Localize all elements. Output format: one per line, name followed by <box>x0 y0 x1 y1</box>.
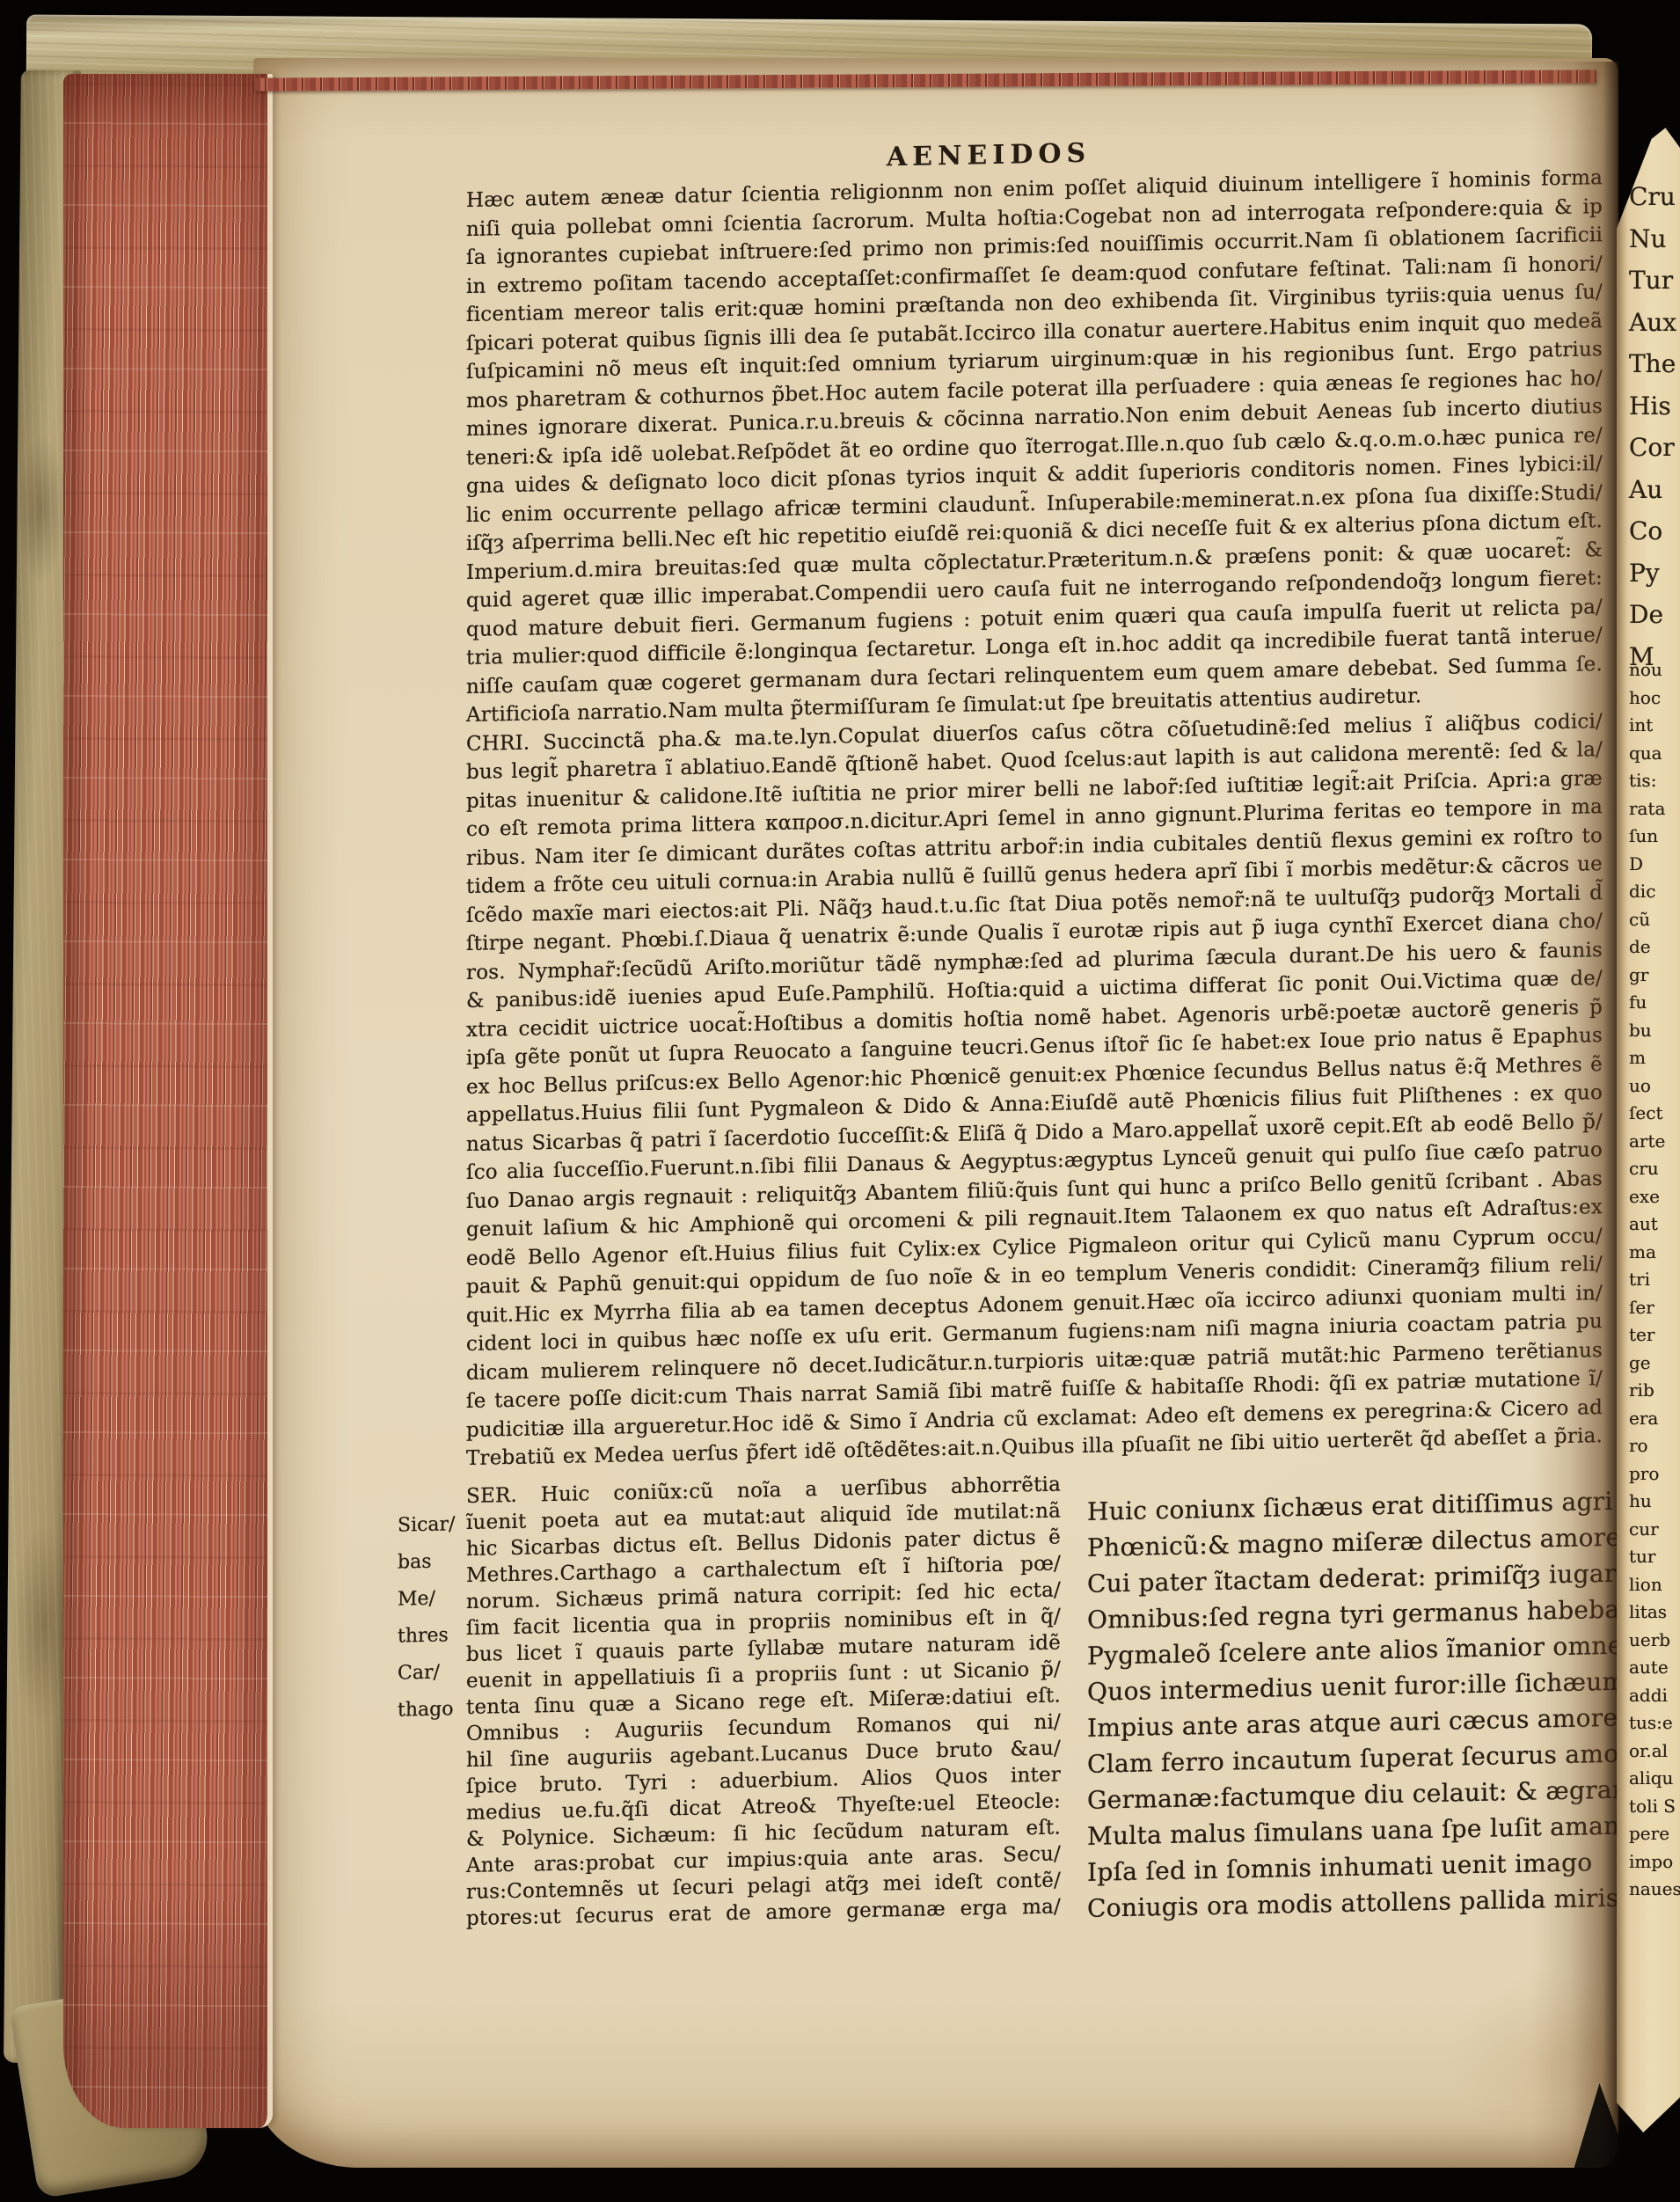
edge-fragment: tis: <box>1629 767 1680 795</box>
edge-fragment: pere <box>1629 1820 1680 1848</box>
next-page-edge: CruNuTurAuxTheHisCorAuCoPyDeM nouhocintq… <box>1617 113 1680 2145</box>
edge-fragment: The <box>1629 343 1676 385</box>
edge-fragment: tur <box>1629 1543 1680 1571</box>
edge-fragment: ma <box>1629 1239 1680 1267</box>
commentary-full-width: Hæc autem æneæ datur ſcientia religionnm… <box>466 164 1603 1473</box>
aeneid-verse-column: Huic coniunx ſichæus erat ditiſſimus agr… <box>1087 1483 1604 1927</box>
edge-fragment: hu <box>1629 1488 1680 1516</box>
edge-fragment: qua <box>1629 740 1680 768</box>
edge-fragment: impo <box>1629 1848 1680 1876</box>
edge-fragment: De <box>1629 594 1676 636</box>
edge-fragment: Tur <box>1629 260 1676 302</box>
edge-fragment: D <box>1629 851 1680 879</box>
edge-fragment: litas <box>1629 1598 1680 1627</box>
edge-fragment: aliqu <box>1629 1765 1680 1793</box>
edge-fragment: aut <box>1629 1211 1680 1239</box>
two-column-section: Sicar/basMe/thresCar/thago SER. Huic con… <box>466 1460 1603 1994</box>
edge-fragment: addi <box>1629 1682 1680 1710</box>
page-text-block: AENEIDOS Hæc autem æneæ datur ſcientia r… <box>466 125 1603 1993</box>
edge-fragment: ſect <box>1629 1100 1680 1128</box>
edge-fragment: ge <box>1629 1350 1680 1378</box>
edge-fragment: toli S <box>1629 1793 1680 1821</box>
edge-fragment: Nu <box>1629 218 1676 260</box>
margin-note: thago <box>398 1691 463 1729</box>
edge-fragment: Cru <box>1629 176 1676 218</box>
commentary-left-column: SER. Huic coniũx:cũ noĩa a uerſibus abho… <box>466 1471 1061 1932</box>
next-page-edge-fragments: nouhocintquatis:rataſunDdiccũdegrfubumuo… <box>1629 656 1680 1904</box>
next-page-edge-fragments-top: CruNuTurAuxTheHisCorAuCoPyDeM <box>1629 176 1676 677</box>
margin-note: Sicar/ <box>398 1506 463 1544</box>
edge-fragment: nou <box>1629 656 1680 684</box>
edge-fragment: exe <box>1629 1183 1680 1211</box>
edge-fragment: m <box>1629 1044 1680 1072</box>
edge-fragment: uo <box>1629 1072 1680 1101</box>
edge-fragment: int <box>1629 712 1680 740</box>
margin-note: Car/ <box>398 1654 463 1692</box>
edge-fragment: de <box>1629 933 1680 962</box>
edge-fragment: gr <box>1629 962 1680 990</box>
edge-fragment: arte <box>1629 1128 1680 1156</box>
edge-fragment: naues <box>1629 1876 1680 1904</box>
edge-fragment: Py <box>1629 552 1676 595</box>
edge-fragment: Aux <box>1629 302 1676 344</box>
edge-fragment: cur <box>1629 1516 1680 1544</box>
edge-fragment: ſun <box>1629 823 1680 851</box>
edge-fragment: lion <box>1629 1571 1680 1599</box>
edge-fragment: Au <box>1629 469 1676 511</box>
edge-fragment: era <box>1629 1405 1680 1433</box>
edge-fragment: cũ <box>1629 906 1680 934</box>
edge-fragment: or.al <box>1629 1737 1680 1766</box>
red-fore-edge <box>63 74 273 2128</box>
edge-fragment: uerb <box>1629 1627 1680 1655</box>
margin-note: Me/ <box>398 1580 463 1618</box>
edge-fragment: aute <box>1629 1654 1680 1682</box>
edge-fragment: tus:e <box>1629 1709 1680 1737</box>
edge-fragment: tri <box>1629 1266 1680 1294</box>
edge-fragment: Co <box>1629 510 1676 552</box>
margin-note: bas <box>398 1543 463 1581</box>
edge-fragment: rata <box>1629 795 1680 823</box>
edge-fragment: rib <box>1629 1377 1680 1405</box>
edge-fragment: dic <box>1629 878 1680 906</box>
edge-fragment: pro <box>1629 1460 1680 1489</box>
edge-fragment: hoc <box>1629 684 1680 713</box>
edge-fragment: ter <box>1629 1321 1680 1350</box>
edge-fragment: ſer <box>1629 1294 1680 1322</box>
photo-stage: AENEIDOS Hæc autem æneæ datur ſcientia r… <box>0 0 1680 2202</box>
margin-note: thres <box>398 1617 463 1655</box>
edge-fragment: Cor <box>1629 427 1676 469</box>
edge-fragment: ro <box>1629 1432 1680 1460</box>
gutter-shadow <box>1530 62 1618 2166</box>
edge-fragment: cru <box>1629 1155 1680 1183</box>
edge-fragment: bu <box>1629 1017 1680 1045</box>
edge-fragment: fu <box>1629 989 1680 1017</box>
edge-fragment: His <box>1629 385 1676 428</box>
margin-notes: Sicar/basMe/thresCar/thago <box>398 1506 463 1729</box>
